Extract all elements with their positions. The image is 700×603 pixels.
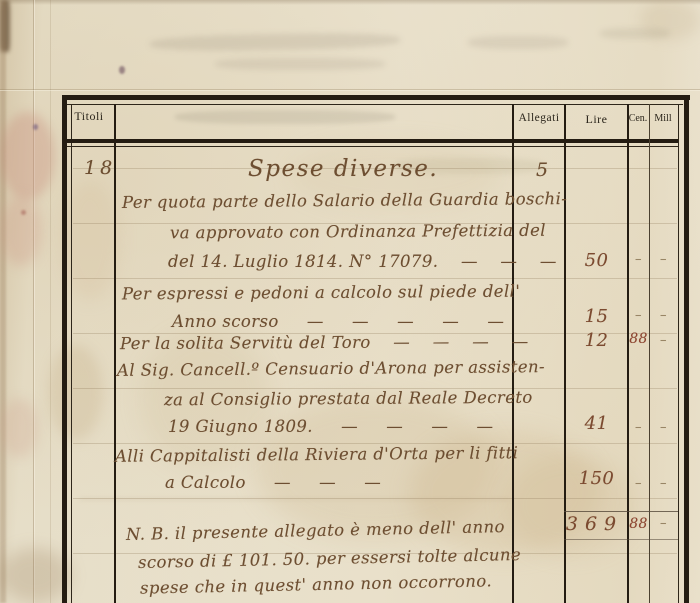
amount-mill: –: [650, 308, 677, 323]
amount-mill: –: [650, 420, 677, 435]
entry-line: Per la solita Servitù del Toro — — — —: [120, 332, 529, 353]
amount-lire: 150: [566, 468, 627, 489]
entry-line: Per quota parte dello Salario della Guar…: [122, 189, 567, 212]
entry-line: Anno scorso — — — — —: [172, 312, 504, 331]
amount-mill: –: [650, 476, 677, 491]
amount-cen: –: [628, 308, 649, 323]
entry-line: del 14. Luglio 1814. N° 17079. — — —: [168, 252, 557, 271]
section-title: Spese diverse.: [248, 156, 438, 182]
note-line: spese che in quest' anno non occorrono.: [140, 571, 492, 597]
amount-cen: 88: [628, 331, 649, 347]
entry-line: a Calcolo — — —: [165, 473, 381, 492]
entry-line: va approvato con Ordinanza Prefettizia d…: [170, 221, 546, 243]
entry-line: Al Sig. Cancell.º Censuario d'Arona per …: [117, 357, 545, 380]
entry-line: Alli Cappitalisti della Riviera d'Orta p…: [115, 443, 518, 466]
note-line: N. B. il presente allegato è meno dell' …: [126, 517, 505, 544]
amount-cen: –: [628, 420, 649, 435]
amount-cen: –: [628, 476, 649, 491]
amount-cen: –: [628, 252, 649, 267]
total-mill: –: [650, 516, 677, 531]
total-cen: 88: [628, 516, 649, 532]
total-lire: 369: [564, 513, 625, 535]
amount-lire: 15: [566, 306, 627, 327]
amount-mill: –: [650, 252, 677, 267]
amount-mill: –: [650, 333, 677, 348]
amount-lire: 12: [566, 330, 627, 351]
allegati-count: 5: [536, 159, 549, 181]
entry-line: za al Consiglio prestata dal Reale Decre…: [164, 388, 533, 410]
entry-line: Per espressi e pedoni a calcolo sul pied…: [122, 282, 520, 304]
titolo-number: 18: [84, 157, 116, 179]
handwritten-content: 18 Spese diverse. 5 Per quota parte dell…: [0, 0, 700, 603]
amount-lire: 41: [566, 413, 627, 434]
ledger-page: { "ink": {"text": "#6d4e31", "number": "…: [0, 0, 700, 603]
amount-lire: 50: [566, 250, 627, 271]
note-line: scorso di £ 101. 50. per essersi tolte a…: [138, 545, 521, 572]
entry-line: 19 Giugno 1809. — — — —: [168, 417, 493, 436]
